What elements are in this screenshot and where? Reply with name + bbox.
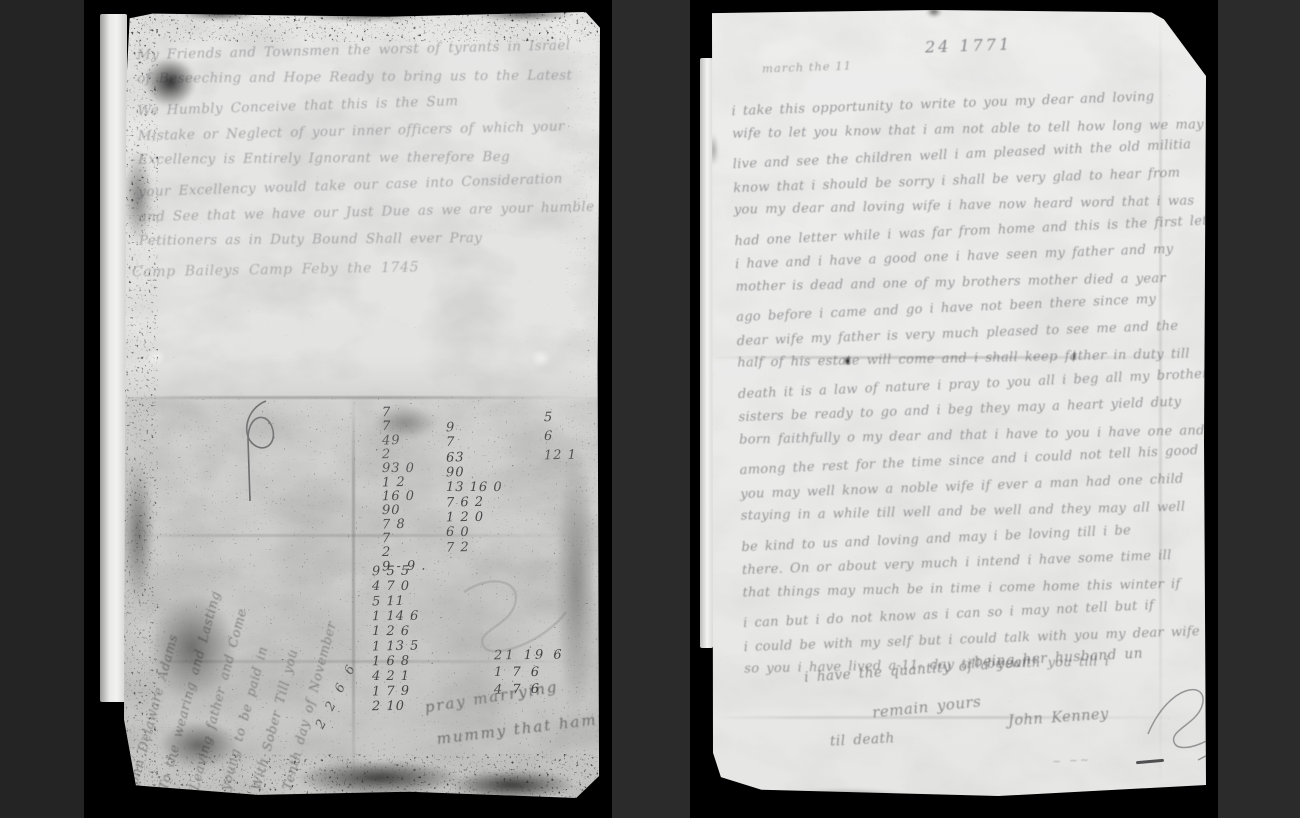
fold-crease-horizontal bbox=[712, 716, 1206, 719]
figures-column-2: 97639013 16 07 6 21 2 06 07 2 bbox=[446, 420, 503, 555]
stain-blotch bbox=[924, 10, 944, 18]
figure-row: 4 2 1 bbox=[372, 669, 419, 684]
scanned-document-spread: My Friends and Townsmen the worst of tyr… bbox=[0, 0, 1300, 818]
stain-blotch bbox=[274, 12, 454, 24]
right-page-edge-strip bbox=[700, 58, 713, 648]
wormhole-dot bbox=[528, 346, 554, 370]
letter-heading-date: 24 1771 bbox=[925, 34, 1013, 56]
stain-blotch bbox=[132, 572, 252, 722]
fold-crease-horizontal bbox=[124, 396, 600, 399]
stain-blotch bbox=[360, 400, 450, 446]
figure-row: 90 bbox=[382, 503, 427, 517]
figure-row: 9 bbox=[446, 420, 503, 436]
figure-row: 7 bbox=[382, 531, 427, 546]
figure-row: 2 bbox=[382, 545, 427, 559]
bottom-scrawl-line: pray marrying bbox=[423, 678, 559, 717]
figure-row: 7 2 bbox=[446, 539, 503, 555]
ink-blot bbox=[842, 354, 853, 368]
stain-blotch bbox=[164, 12, 274, 22]
figure-row: 2 10 bbox=[372, 699, 420, 715]
closing-til-death: til death bbox=[830, 730, 895, 749]
figure-row: 7 6 2 bbox=[446, 494, 503, 510]
left-page-edge-strip bbox=[100, 14, 127, 702]
figure-row: 90 bbox=[446, 465, 503, 481]
letter-heading-left: march the 11 bbox=[762, 58, 852, 75]
fold-crease-vertical bbox=[1159, 10, 1162, 796]
stain-blotch bbox=[124, 132, 158, 262]
figure-row: 6 0 bbox=[446, 525, 503, 540]
scanner-strip-right bbox=[1218, 0, 1300, 818]
figure-row: 16 0 bbox=[382, 489, 427, 504]
stain-blotch bbox=[548, 392, 600, 772]
stain-blotch bbox=[454, 12, 594, 24]
figure-row: 1 2 6 bbox=[372, 624, 419, 639]
figure-row: 1 7 9 bbox=[372, 684, 420, 700]
figure-row: 1 14 6 bbox=[372, 609, 420, 625]
figure-row: 5 11 bbox=[372, 594, 420, 610]
fold-crease-horizontal bbox=[712, 356, 1206, 359]
figure-row: 4 7 0 bbox=[372, 579, 419, 594]
petition-line: Petitioners as in Duty Bound Shall ever … bbox=[139, 229, 594, 260]
figure-row: 2 bbox=[382, 447, 427, 462]
figures-lower-block: 9 5 54 7 0 5 111 14 61 2 61 13 51 6 84 2… bbox=[372, 564, 419, 714]
figure-row: 1 2 bbox=[382, 475, 427, 490]
right-page: march the 11 24 1771 i take this opportu… bbox=[712, 10, 1206, 796]
signature-flourish bbox=[1140, 672, 1206, 767]
wormhole-dot bbox=[144, 346, 168, 368]
petition-dateline: Camp Baileys Camp Feby the 1745 bbox=[132, 259, 419, 280]
letter-body: i take this opportunity to write to you … bbox=[731, 91, 1206, 688]
stain-blotch bbox=[144, 712, 254, 778]
stain-blotch bbox=[134, 48, 206, 116]
figure-row: 9 5 5 bbox=[372, 564, 420, 580]
scanner-strip-left bbox=[0, 0, 84, 818]
figure-row: 63 bbox=[446, 449, 503, 465]
figure-row: 7 8 bbox=[382, 517, 427, 532]
scanner-strip-middle bbox=[612, 0, 690, 818]
figure-row: 7 bbox=[446, 435, 503, 450]
left-page: My Friends and Townsmen the worst of tyr… bbox=[124, 12, 600, 798]
figure-row: 1 6 8 bbox=[372, 654, 420, 670]
stain-blotch bbox=[712, 128, 719, 172]
stain-blotch bbox=[762, 788, 932, 796]
figure-row: 93 0 bbox=[382, 461, 427, 475]
corner-scrawl: ~ ~~ bbox=[1052, 753, 1092, 768]
figure-row: 1 2 0 bbox=[446, 510, 503, 526]
figure-row: 13 16 0 bbox=[446, 480, 503, 495]
figure-row: 1 13 5 bbox=[372, 639, 420, 655]
